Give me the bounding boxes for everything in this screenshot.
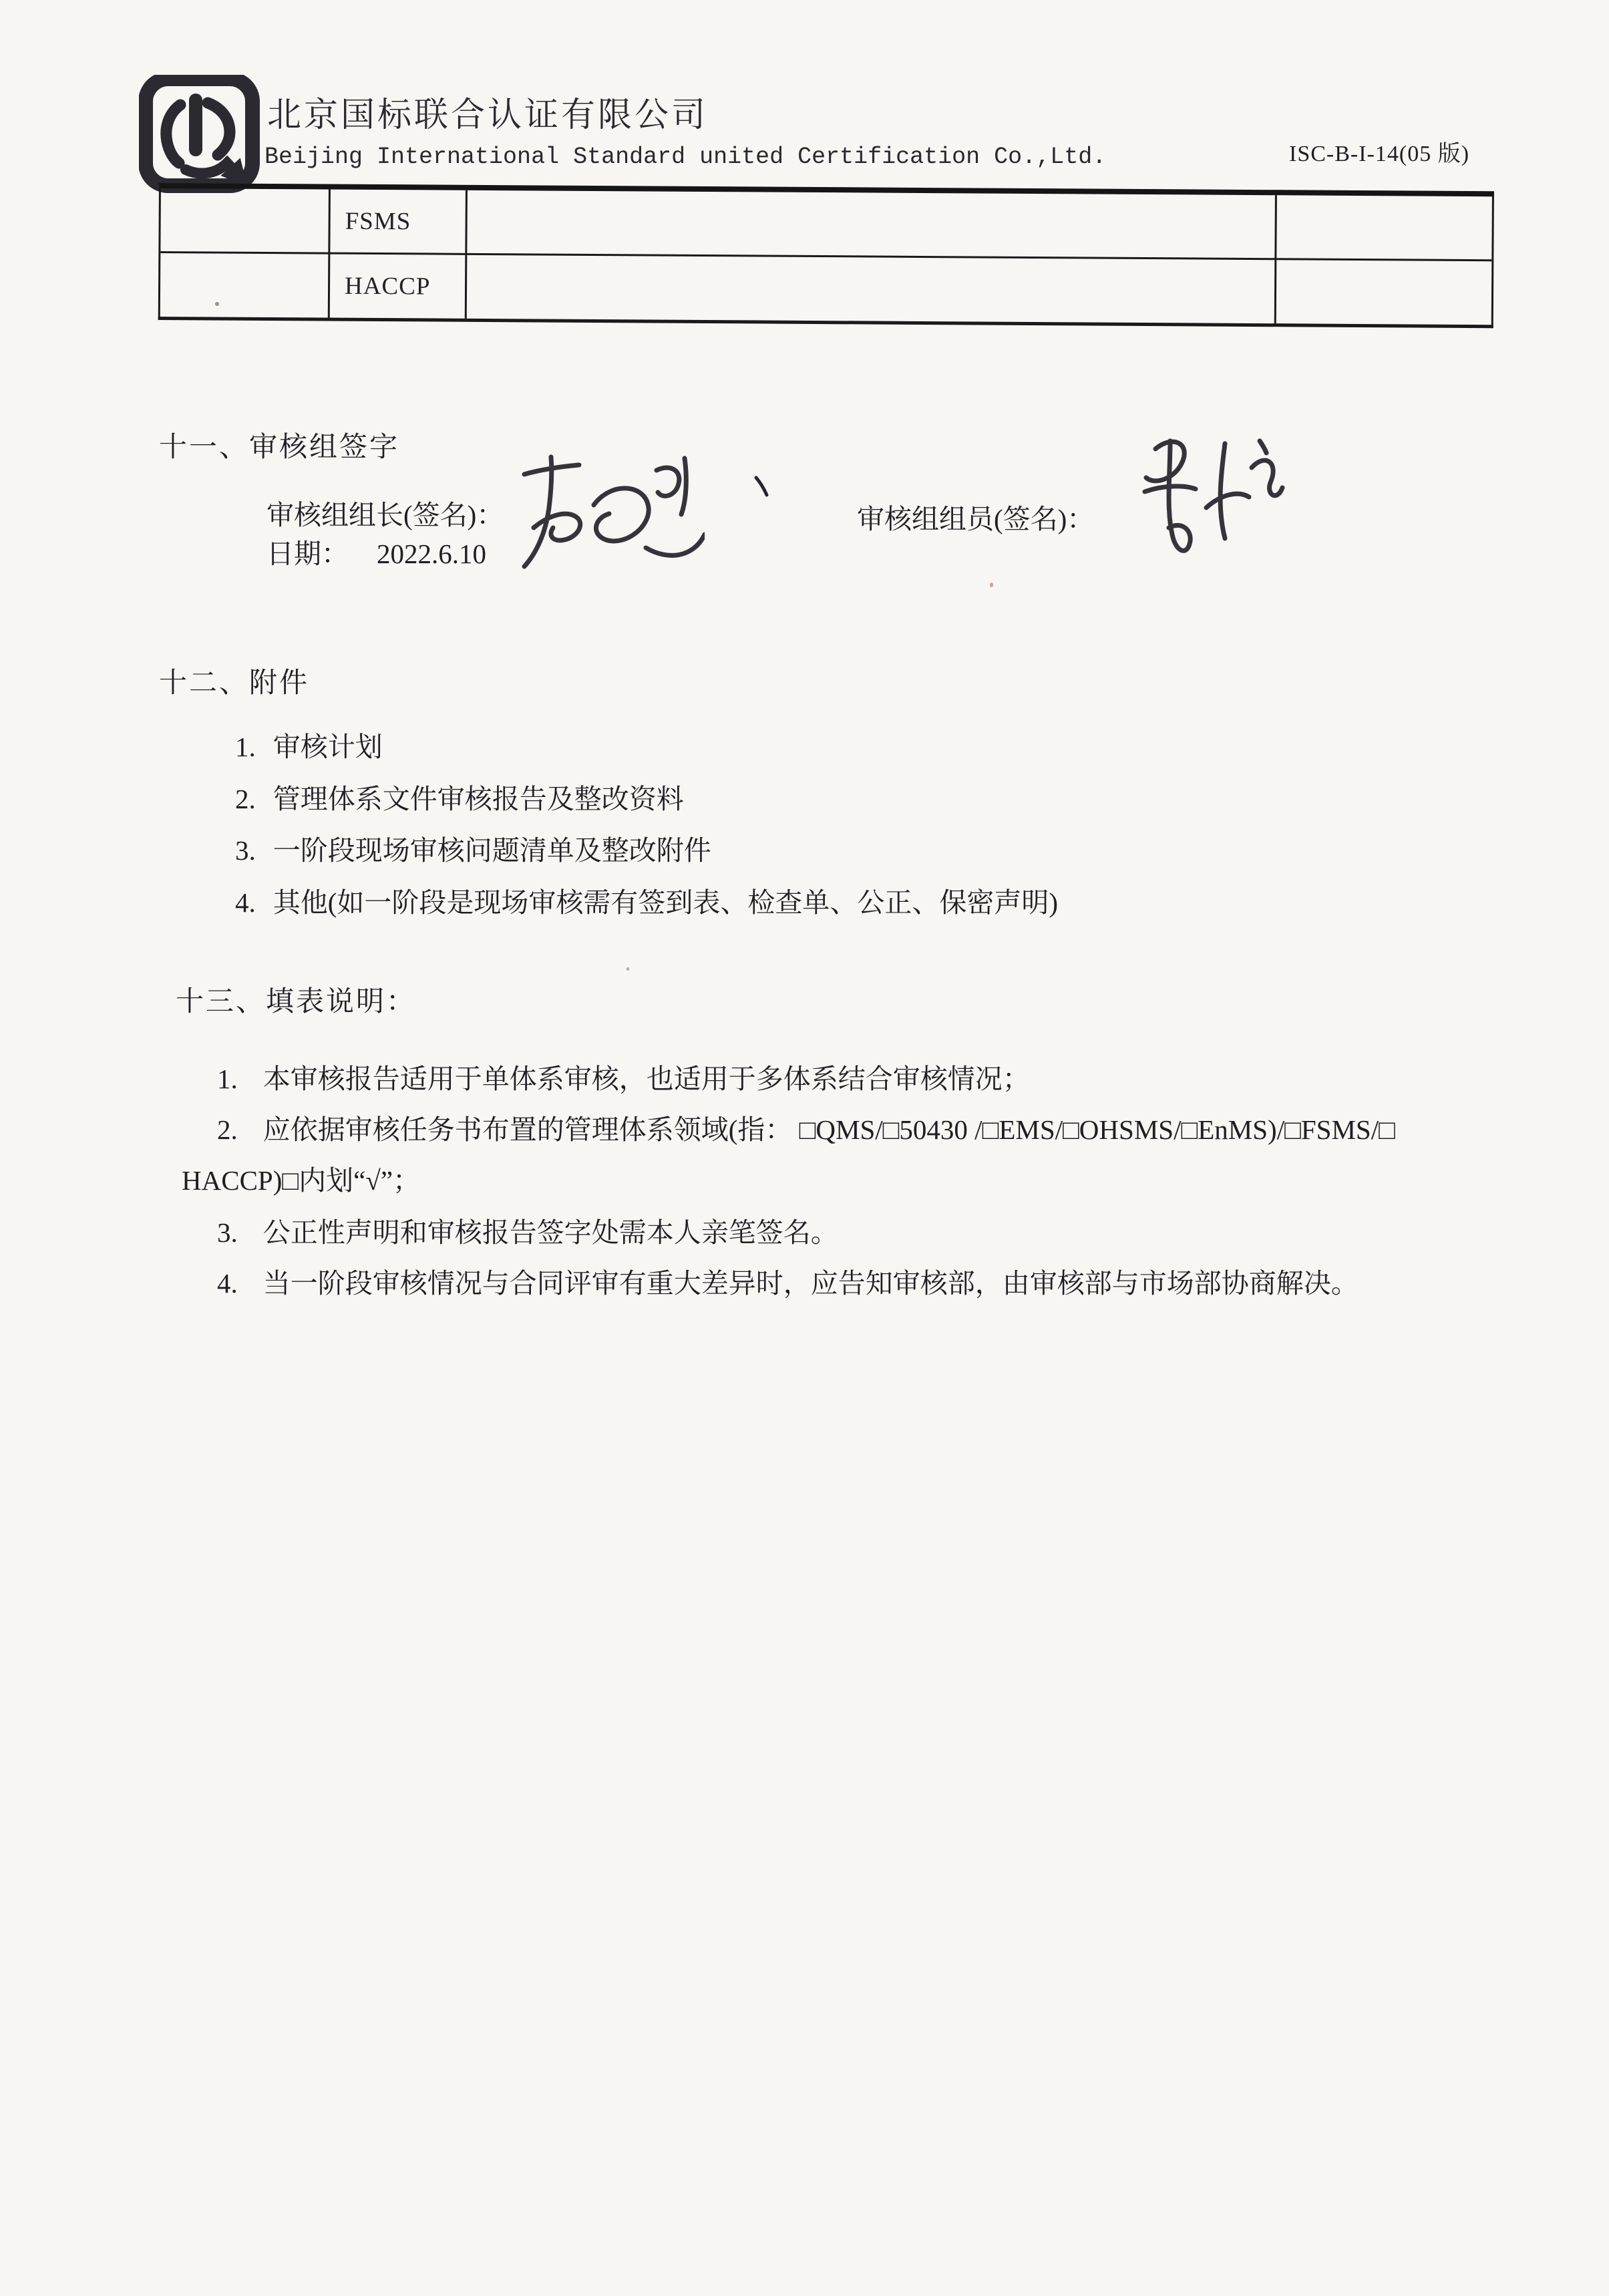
instruction-note: 4. 当一阶段审核情况与合同评审有重大差异时，应告知审核部，由审核部与市场部协商… xyxy=(217,1267,1359,1301)
member-signature-label: 审核组组员(签名)： xyxy=(857,497,1094,536)
scan-speck xyxy=(990,583,993,587)
attachment-item: 4. 其他(如一阶段是现场审核需有签到表、检查单、公正、保密声明) xyxy=(235,886,1058,920)
table-cell-empty xyxy=(160,188,331,255)
note-text: HACCP)□内划“√”； xyxy=(182,1164,420,1198)
item-text: 审核计划 xyxy=(273,730,383,764)
instruction-note: 1. 本审核报告适用于单体系审核，也适用于多体系结合审核情况； xyxy=(217,1062,1030,1096)
leader-signature-label: 审核组组长(签名)： xyxy=(266,493,504,532)
scan-speck xyxy=(627,967,629,971)
note-number: 3. xyxy=(217,1216,238,1250)
item-number: 2. xyxy=(235,782,256,816)
note-number: 2. xyxy=(217,1113,238,1147)
table-cell-empty xyxy=(467,190,1277,260)
section12-heading: 十二、附件 xyxy=(159,667,309,700)
system-type-table: FSMS HACCP xyxy=(158,183,1494,328)
table-row-fsms-label-cell: FSMS xyxy=(330,190,468,255)
haccp-label: HACCP xyxy=(330,272,431,301)
note-number: 1. xyxy=(217,1062,238,1096)
item-text: 管理体系文件审核报告及整改资料 xyxy=(273,782,684,816)
fsms-label: FSMS xyxy=(331,206,411,236)
company-logo-icon xyxy=(139,75,263,195)
table-cell-empty xyxy=(1276,260,1492,325)
note-text: 本审核报告适用于单体系审核，也适用于多体系结合审核情况； xyxy=(263,1062,1030,1096)
attachment-item: 3. 一阶段现场审核问题清单及整改附件 xyxy=(235,834,711,868)
note-text: 公正性声明和审核报告签字处需本人亲笔签名。 xyxy=(263,1216,838,1250)
note-text: 当一阶段审核情况与合同评审有重大差异时，应告知审核部，由审核部与市场部协商解决。 xyxy=(263,1267,1359,1301)
attachment-item: 1. 审核计划 xyxy=(235,730,383,764)
note-text: 应依据审核任务书布置的管理体系领域(指： □QMS/□50430 /□EMS/□… xyxy=(263,1113,1395,1147)
item-number: 4. xyxy=(235,886,256,920)
date-value: 2022.6.10 xyxy=(377,537,486,571)
item-number: 1. xyxy=(235,730,256,764)
date-row: 日期： 2022.6.10 xyxy=(266,537,486,571)
note-number: 4. xyxy=(217,1267,238,1301)
table-cell-empty xyxy=(467,255,1277,323)
scan-speck xyxy=(215,302,219,306)
item-text: 其他(如一阶段是现场审核需有签到表、检查单、公正、保密声明) xyxy=(273,886,1058,920)
instruction-note-continuation: HACCP)□内划“√”； xyxy=(182,1164,420,1198)
scanned-audit-report-page: 北京国标联合认证有限公司 Beijing International Stand… xyxy=(0,0,1609,2296)
item-text: 一阶段现场审核问题清单及整改附件 xyxy=(273,834,711,868)
member-signature xyxy=(1101,426,1288,583)
section11-heading: 十一、审核组签字 xyxy=(159,431,399,464)
handwritten-tick-mark xyxy=(753,476,771,497)
leader-signature xyxy=(511,446,705,580)
table-cell-empty xyxy=(160,253,331,318)
instruction-note: 3. 公正性声明和审核报告签字处需本人亲笔签名。 xyxy=(217,1216,838,1250)
attachment-item: 2. 管理体系文件审核报告及整改资料 xyxy=(235,782,684,816)
table-row-haccp-label-cell: HACCP xyxy=(330,255,468,319)
section13-heading: 十三、填表说明： xyxy=(176,985,416,1019)
date-label: 日期： xyxy=(266,537,349,571)
table-cell-empty xyxy=(1276,195,1492,261)
document-code: ISC-B-I-14(05 版) xyxy=(1289,135,1469,168)
company-name-zh: 北京国标联合认证有限公司 xyxy=(267,87,708,136)
company-name-en: Beijing International Standard united Ce… xyxy=(264,144,1106,170)
instruction-note: 2. 应依据审核任务书布置的管理体系领域(指： □QMS/□50430 /□EM… xyxy=(217,1113,1395,1147)
item-number: 3. xyxy=(235,834,256,868)
